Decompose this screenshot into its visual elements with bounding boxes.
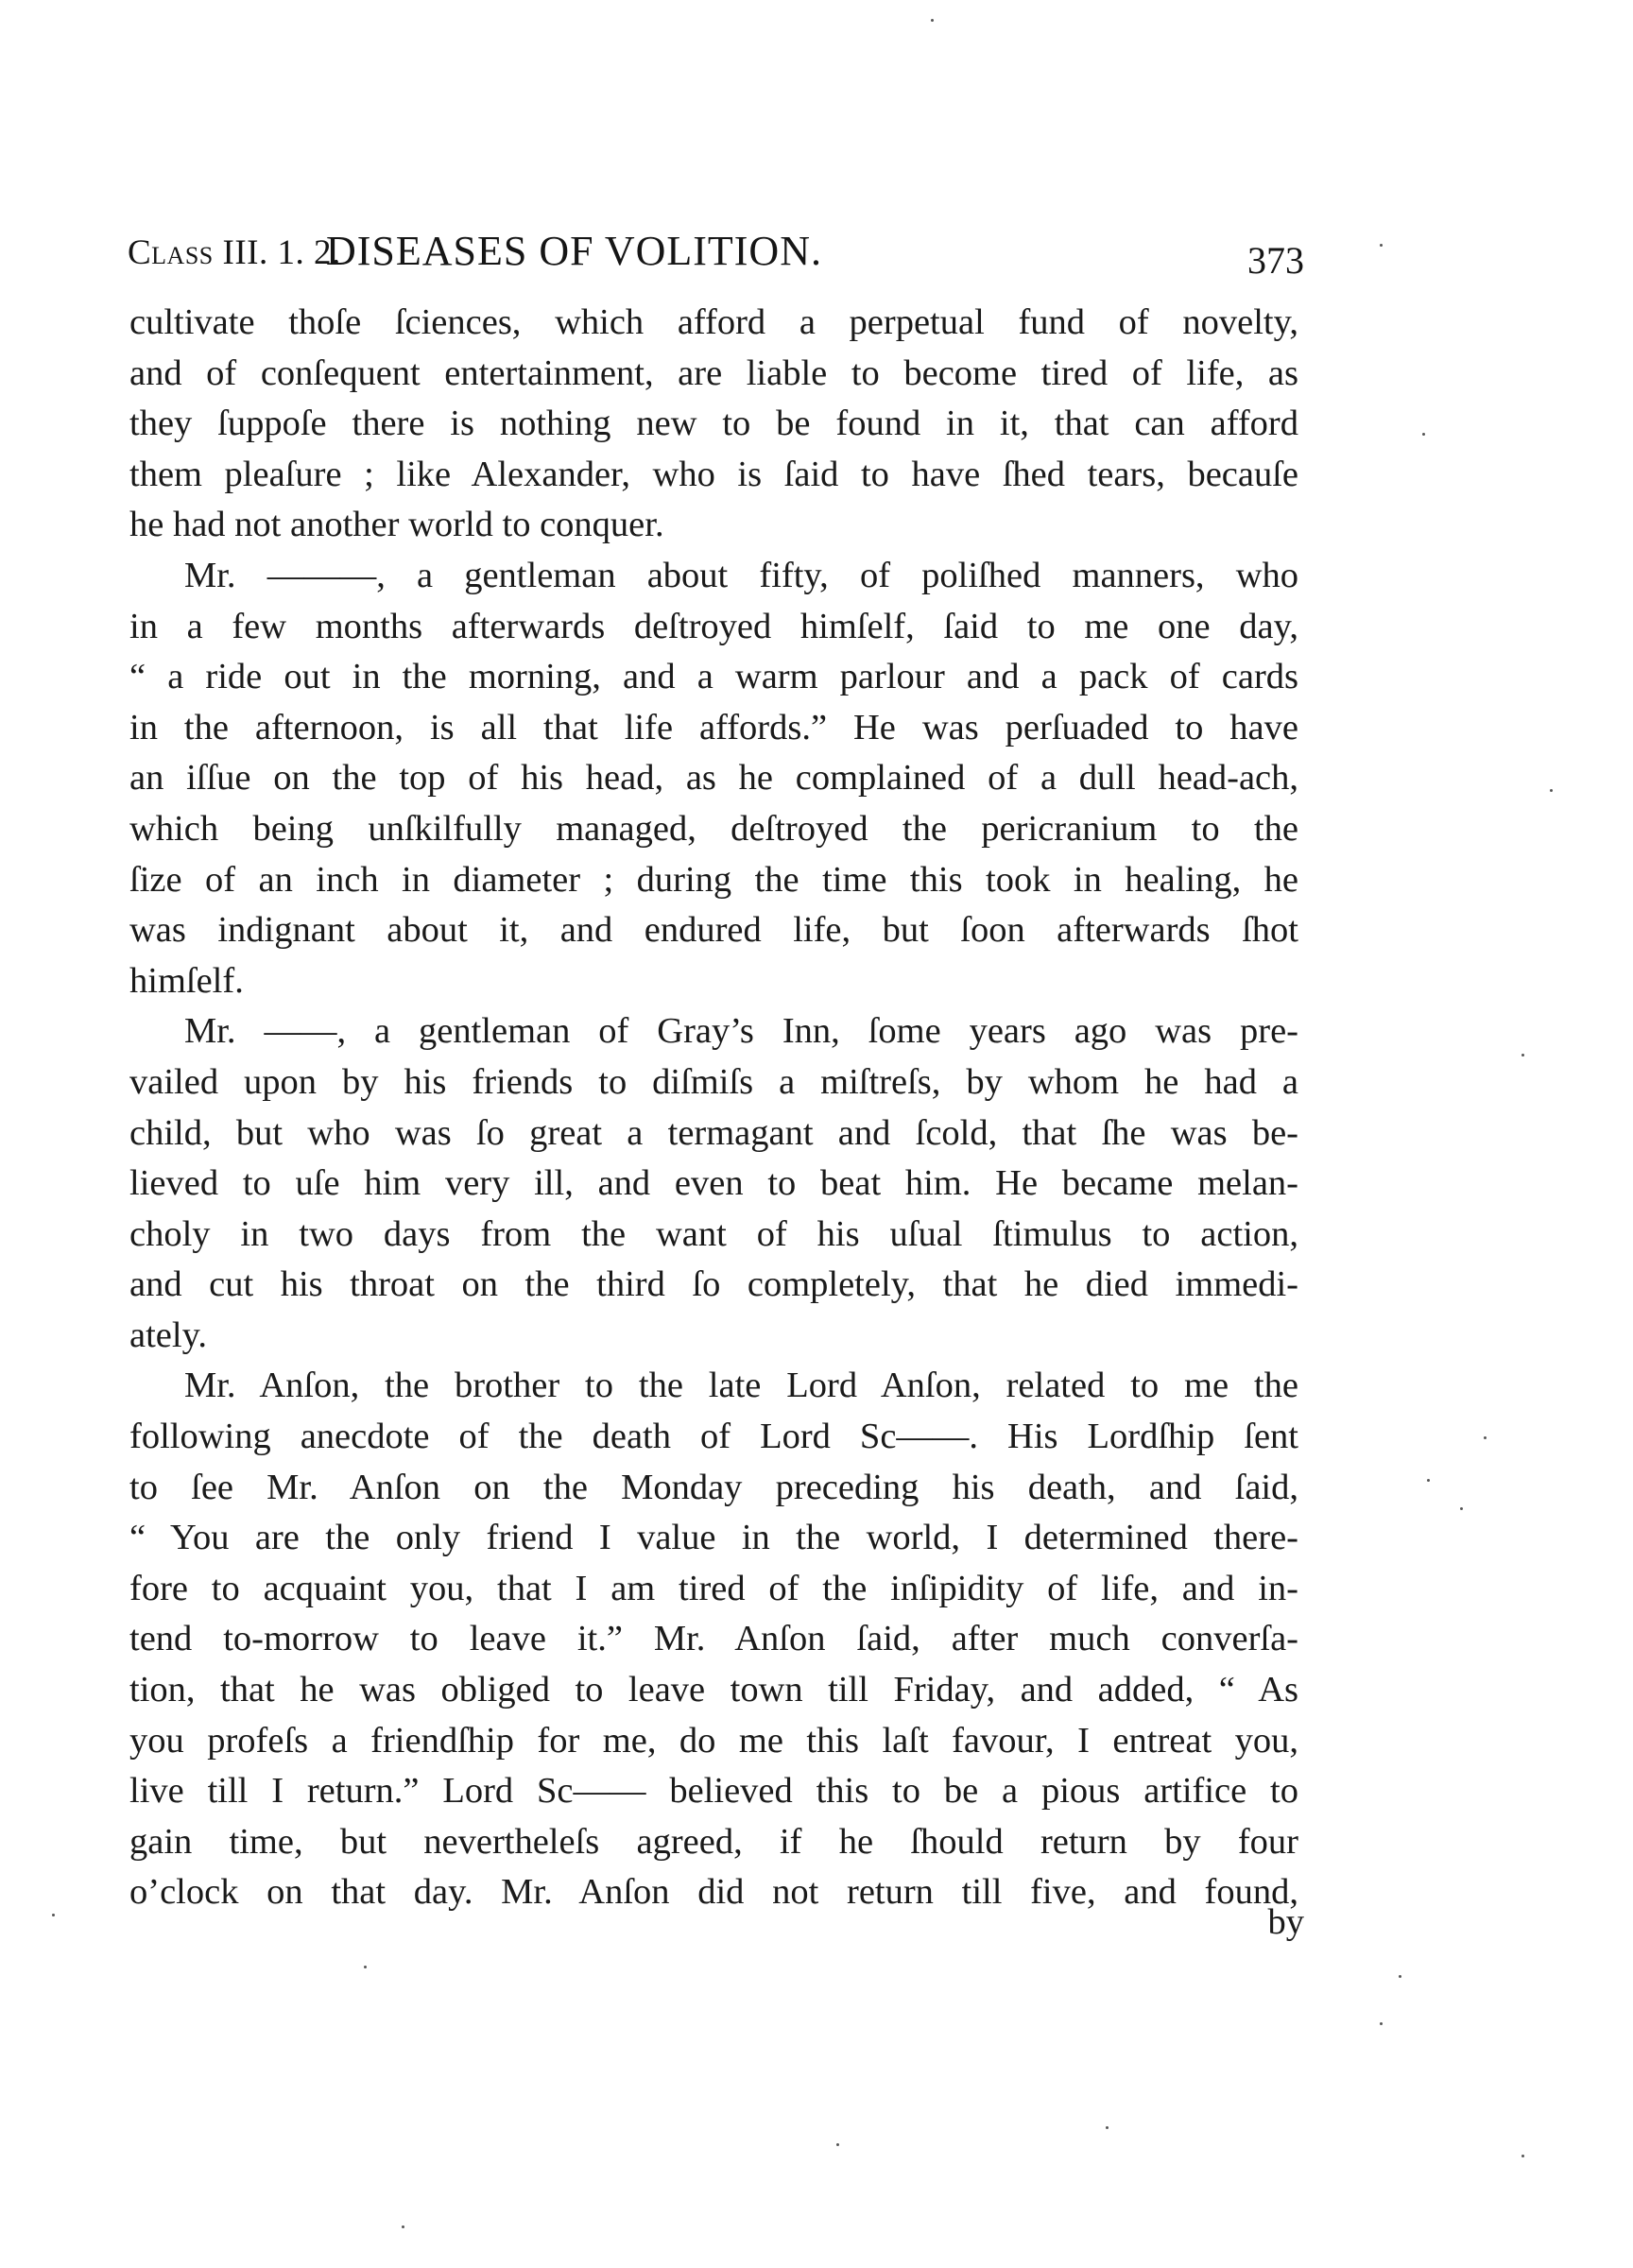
text-line: Mr. ——, a gentleman of Gray’s Inn, ſome … xyxy=(129,1006,1298,1057)
scan-speck xyxy=(52,1914,55,1916)
text-line: following anecdote of the death of Lord … xyxy=(129,1412,1298,1463)
text-line: tend to-morrow to leave it.” Mr. Anſon ſ… xyxy=(129,1614,1298,1665)
text-line: “ You are the only friend I value in the… xyxy=(129,1513,1298,1564)
text-line: was indignant about it, and endured life… xyxy=(129,905,1298,956)
scan-speck xyxy=(836,2143,839,2146)
class-label: Class III. 1. 2. xyxy=(128,232,341,273)
text-line: o’clock on that day. Mr. Anſon did not r… xyxy=(129,1867,1298,1918)
scan-speck xyxy=(931,19,934,22)
text-line: Mr. ———, a gentleman about fifty, of pol… xyxy=(129,551,1298,602)
text-line: “ a ride out in the morning, and a warm … xyxy=(129,652,1298,703)
running-head: Class III. 1. 2. DISEASES OF VOLITION. 3… xyxy=(128,227,1304,283)
text-line: ſize of an inch in diameter ; during the… xyxy=(129,855,1298,906)
scan-speck xyxy=(1521,1054,1524,1057)
scan-speck xyxy=(1422,433,1425,436)
scan-speck xyxy=(1106,2126,1109,2129)
catchword: by xyxy=(1268,1901,1305,1943)
text-line: gain time, but nevertheleſs agreed, if h… xyxy=(129,1817,1298,1868)
text-line: cultivate thoſe ſciences, which afford a… xyxy=(129,298,1298,349)
text-line: an iſſue on the top of his head, as he c… xyxy=(129,753,1298,804)
body-text: cultivate thoſe ſciences, which afford a… xyxy=(129,298,1298,1918)
text-line: to ſee Mr. Anſon on the Monday preceding… xyxy=(129,1463,1298,1514)
text-line: lieved to uſe him very ill, and even to … xyxy=(129,1159,1298,1210)
text-line: Mr. Anſon, the brother to the late Lord … xyxy=(129,1361,1298,1412)
text-line: which being unſkilfully managed, deſtroy… xyxy=(129,804,1298,855)
scan-speck xyxy=(1460,1507,1463,1510)
text-line: tion, that he was obliged to leave town … xyxy=(129,1665,1298,1716)
scan-speck xyxy=(1484,1436,1487,1439)
text-line: and cut his throat on the third ſo compl… xyxy=(129,1260,1298,1311)
text-line: child, but who was ſo great a termagant … xyxy=(129,1108,1298,1160)
text-line: and of conſequent entertainment, are lia… xyxy=(129,349,1298,400)
text-line: he had not another world to conquer. xyxy=(129,500,1298,551)
scan-speck xyxy=(1380,244,1383,247)
text-line: in a few months afterwards deſtroyed him… xyxy=(129,602,1298,653)
text-line: fore to acquaint you, that I am tired of… xyxy=(129,1564,1298,1615)
text-line: them pleaſure ; like Alexander, who is ſ… xyxy=(129,450,1298,501)
text-line: choly in two days from the want of his u… xyxy=(129,1210,1298,1261)
text-line: you profeſs a friendſhip for me, do me t… xyxy=(129,1716,1298,1767)
text-line: himſelf. xyxy=(129,956,1298,1007)
page-number: 373 xyxy=(1247,238,1304,283)
chapter-title: DISEASES OF VOLITION. xyxy=(326,227,822,275)
text-line: in the afternoon, is all that life affor… xyxy=(129,703,1298,754)
text-line: live till I return.” Lord Sc—— believed … xyxy=(129,1766,1298,1817)
scan-speck xyxy=(1380,2022,1383,2025)
text-line: ately. xyxy=(129,1311,1298,1362)
scan-speck xyxy=(364,1966,367,1968)
book-page: Class III. 1. 2. DISEASES OF VOLITION. 3… xyxy=(0,0,1633,2268)
scan-speck xyxy=(1550,789,1553,792)
scan-speck xyxy=(1521,2155,1524,2157)
scan-speck xyxy=(402,2225,404,2228)
scan-speck xyxy=(1427,1479,1430,1482)
text-line: they ſuppoſe there is nothing new to be … xyxy=(129,399,1298,450)
scan-speck xyxy=(1399,1975,1401,1978)
text-line: vailed upon by his friends to diſmiſs a … xyxy=(129,1057,1298,1108)
